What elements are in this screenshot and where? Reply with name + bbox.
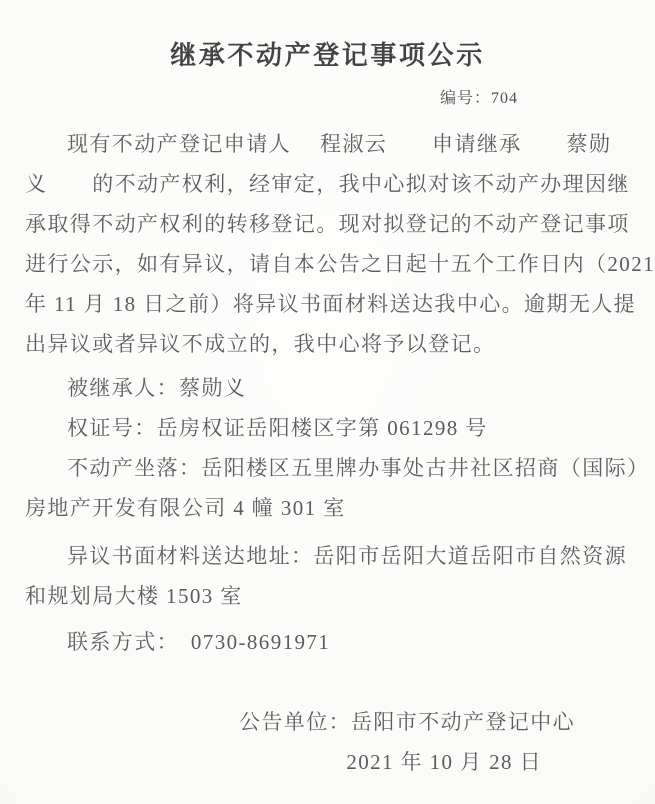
- location-line-1: 不动产坐落：岳阳楼区五里牌办事处古井社区招商（国际）: [25, 448, 630, 488]
- intro-line-2: 义 的不动产权利，经审定，我中心拟对该不动产办理因继: [25, 164, 630, 204]
- location-line-2: 房地产开发有限公司 4 幢 301 室: [25, 488, 630, 528]
- document-title: 继承不动产登记事项公示: [25, 38, 630, 72]
- date-line: 2021 年 10 月 28 日: [25, 742, 630, 782]
- notice-body: 现有不动产登记申请人 程淑云 申请继承 蔡勋 义 的不动产权利，经审定，我中心拟…: [25, 124, 630, 662]
- document-number-value: 704: [491, 90, 518, 107]
- intro-line-4: 进行公示，如有异议，请自本公告之日起十五个工作日内（2021: [25, 244, 630, 284]
- notice-document: 继承不动产登记事项公示 编号：704 现有不动产登记申请人 程淑云 申请继承 蔡…: [0, 0, 655, 804]
- heir-line: 被继承人：蔡勋义: [25, 368, 630, 408]
- document-number: 编号：704: [25, 88, 630, 110]
- contact-line: 联系方式： 0730-8691971: [25, 622, 630, 662]
- intro-line-1: 现有不动产登记申请人 程淑云 申请继承 蔡勋: [25, 124, 630, 164]
- objection-address-line-2: 和规划局大楼 1503 室: [25, 576, 630, 616]
- certificate-line: 权证号：岳房权证岳阳楼区字第 061298 号: [25, 408, 630, 448]
- intro-line-5: 年 11 月 18 日之前）将异议书面材料送达我中心。逾期无人提: [25, 284, 630, 324]
- issuer-line: 公告单位：岳阳市不动产登记中心: [25, 702, 630, 742]
- intro-line-3: 承取得不动产权利的转移登记。现对拟登记的不动产登记事项: [25, 204, 630, 244]
- document-number-label: 编号：: [440, 90, 491, 107]
- objection-address-line-1: 异议书面材料送达地址：岳阳市岳阳大道岳阳市自然资源: [25, 536, 630, 576]
- intro-line-6: 出异议或者异议不成立的，我中心将予以登记。: [25, 324, 630, 364]
